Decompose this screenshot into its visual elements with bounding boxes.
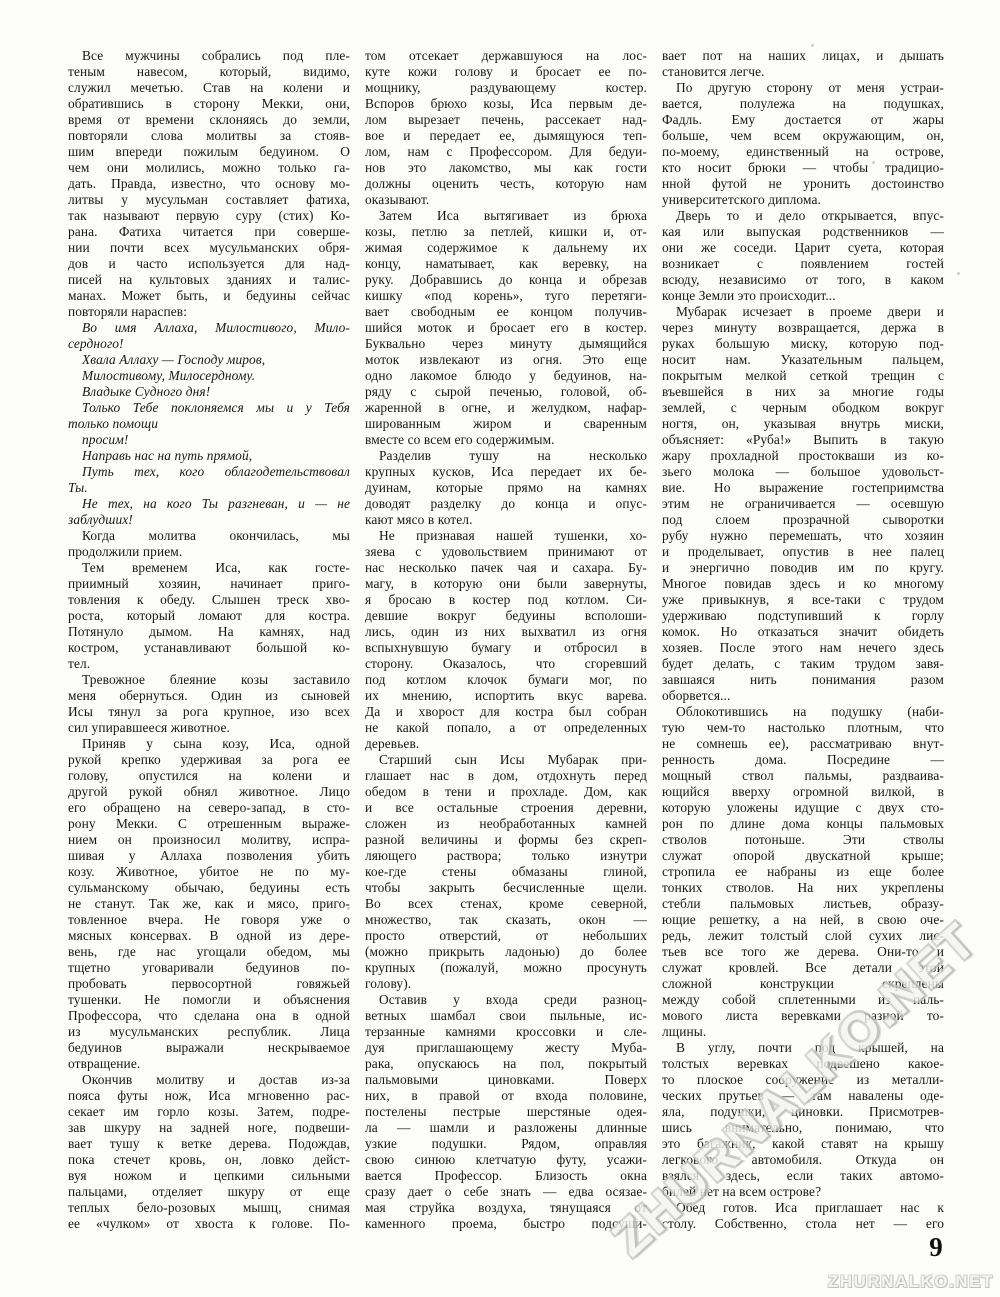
text-line: шивая у Аллаха позволения убить [68,848,350,864]
text-line: оказывают. [365,192,647,208]
text-line: вуя ножом и цепкими сильными [68,1168,350,1184]
text-line: это багажник, какой ставят на крышу [662,1136,944,1152]
text-column-3: вает пот на наших лицах, и дышатьстанови… [662,48,944,1232]
text-line: (можно прикрыть ладонью) до более [365,944,647,960]
scan-speck [347,907,350,910]
text-line: чем они молились, можно только га- [68,160,350,176]
text-line: пояса футы нож, Иса мгновенно рас- [68,1088,350,1104]
text-line: так называют первую суру (стих) Ко- [68,208,350,224]
text-line: мощнику, раздувающему костер. [365,80,647,96]
text-line: хозяев. После этого нам нечего здесь [662,640,944,656]
text-line: деревьев. [365,736,647,752]
text-line: голову, опустился на колени и [68,768,350,784]
text-line: Окончив молитву и достав из-за [68,1072,350,1088]
text-line: под котлом клочок бумаги мог, по [365,672,647,688]
text-line: козу. Животное, убитое не по му- [68,864,350,880]
text-line: удерживаю подступивший к горлу [662,608,944,624]
text-line: вает свободным ее концом получив- [365,304,647,320]
text-line: Обед готов. Иса приглашает нас к [662,1200,944,1216]
text-line: разной величины и формы без скреп- [365,832,647,848]
text-line: стебли пальмовых листьев, образу- [662,896,944,912]
text-line: Многое повидав здесь и ко многому [662,576,944,592]
text-line: заблудших! [68,512,350,528]
text-line: Буквально через минуту дымящийся [365,336,647,352]
text-line: пробовать первосортной говяжьей [68,976,350,992]
text-line: приимный хозяин, начинает приго- [68,576,350,592]
text-line: становится легче. [662,64,944,80]
text-line: университетского диплома. [662,192,944,208]
scan-speck [811,44,814,47]
text-line: не какой попало, а от определенных [365,720,647,736]
text-line: чтобы закрыть бесчисленные щели. [365,880,647,896]
text-line: руках большую миску, которую под- [662,336,944,352]
text-line: Исы тянул за рога крупное, изо всех [68,704,350,720]
paragraph: Разделив тушу на несколькокрупных кусков… [365,448,647,528]
text-line: ее «чулком» от хвоста к голове. По- [68,1216,350,1232]
text-line: тую чем-то настолько плотным, что [662,720,944,736]
text-line: отвращение. [68,1056,350,1072]
text-line: Дверь то и дело открывается, впус- [662,208,944,224]
text-line: множество, так сказать, окон — [365,912,647,928]
text-line: ряду с сырой печенью, головой, об- [365,384,647,400]
text-line: моток извлекают из огня. Это еще [365,352,647,368]
text-line: мая струйка воздуха, тянущаяся от [365,1200,647,1216]
text-line: Только Тебе поклоняемся мы и у Тебя [68,400,350,416]
text-line: куте кожи голову и бросает ее по- [365,64,647,80]
text-line: Оставив у входа среди разноц- [365,992,647,1008]
paragraph: Дверь то и дело открывается, впус-кая ил… [662,208,944,304]
text-line: уже привыкнув, я все-таки с трудом [662,592,944,608]
text-line: между собой сплетенными из паль- [662,992,944,1008]
text-line: меня обернуться. Один из сыновей [68,688,350,704]
text-line: нной футой не уронить достоинство [662,176,944,192]
text-line: и энергично поводив им по кругу. [662,560,944,576]
text-line: ветных шамбал свои пыльные, ис- [365,1008,647,1024]
article-columns: Все мужчины собрались под пле-теным наве… [68,48,945,1232]
text-line: служат опорой двускатной крыше; [662,848,944,864]
text-line: вие. Но выражение гостеприимства [662,480,944,496]
verse-paragraph: Путь тех, кого облагодетельствовалТы. [68,464,350,496]
text-line: другой рукой обнял животное. Лицо [68,784,350,800]
text-line: рака, опускаюсь на пол, покрытый [365,1056,647,1072]
text-line: роста, который ломают для костра. [68,608,350,624]
text-line: больше, чем всем окружающим, он, [662,128,944,144]
text-line: зав шкуру на задней ноге, подвеши- [68,1120,350,1136]
text-line: сложен из необработанных камней [365,816,647,832]
text-line: тонких стволов. На них укреплены [662,880,944,896]
text-line: Вспоров брюхо козы, Иса первым де- [365,96,647,112]
text-line: не сомнешь ее), рассматриваю внут- [662,736,944,752]
text-line: жару прохладной простокваши из ко- [662,448,944,464]
text-line: вает тушу к ветке дерева. Подождав, [68,1136,350,1152]
text-line: этим не ограничивается — осевшую [662,496,944,512]
text-line: концу, наматывает, как веревку, на [365,256,647,272]
text-line: не станут. Так же, как и мясо, приго- [68,896,350,912]
text-line: Старший сын Исы Мубарак при- [365,752,647,768]
text-line: сульманскому обычаю, бедуины есть [68,880,350,896]
paragraph: Приняв у сына козу, Иса, однойрукой креп… [68,736,350,1072]
text-line: Направь нас на путь прямой, [68,448,350,464]
text-line: одно лакомое блюдо у бедуинов, на- [365,368,647,384]
text-line: дуинам, которые прямо на камнях [365,480,647,496]
text-line: товленное вчера. Не говоря уже о [68,912,350,928]
text-line: его обращено на северо-запад, в сто- [68,800,350,816]
text-line: билей нет на всем острове? [662,1184,944,1200]
text-line: Во всех стенах, кроме северной, [365,896,647,912]
text-line: нас несколько пачек чая и сахара. Бу- [365,560,647,576]
scan-speck [905,492,908,495]
text-line: Потянуло дымом. На камнях, над [68,624,350,640]
verse-paragraph: просим! [68,432,350,448]
paragraph: Все мужчины собрались под пле-теным наве… [68,48,350,320]
text-line: тщетно уговаривали бедуинов по- [68,960,350,976]
text-line: просим! [68,432,350,448]
text-line: крупных кусков, Иса передает их бе- [365,464,647,480]
text-line: сторону. Оказалось, что сгоревший [365,656,647,672]
text-line: из мусульманских республик. Лица [68,1024,350,1040]
text-line: то плоское сооружение из металли- [662,1072,944,1088]
text-line: взялся здесь, если таких автомо- [662,1168,944,1184]
text-line: Хвала Аллаху — Господу миров, [68,352,350,368]
paragraph: Тем временем Иса, как госте-приимный хоз… [68,560,350,672]
text-line: редь, лежит толстый слой сухих лис- [662,928,944,944]
text-line: тел. [68,656,350,672]
text-line: въевшейся в них за многие годы [662,384,944,400]
text-line: комок. Но отказаться значит обидеть [662,624,944,640]
verse-paragraph: Направь нас на путь прямой, [68,448,350,464]
text-line: каменного проема, быстро подсуши- [365,1216,647,1232]
text-line: Затем Иса вытягивает из брюха [365,208,647,224]
verse-paragraph: Только Тебе поклоняемся мы и у Тебятольк… [68,400,350,432]
text-line: стволов потоньше. Эти стволы [662,832,944,848]
text-line: вается, полулежа на подушках, [662,96,944,112]
text-line: девшие вокруг бедуины всполоши- [365,608,647,624]
text-line: костром, устанавливают большой ко- [68,640,350,656]
text-line: рубу нужно перемешать, что хозяин [662,528,944,544]
text-line: тушенки. Не помогли и объяснения [68,992,350,1008]
paragraph: Оставив у входа среди разноц-ветных шамб… [365,992,647,1232]
text-line: сил упиравшееся животное. [68,720,350,736]
magazine-page: Все мужчины собрались под пле-теным наве… [0,0,1000,1297]
text-line: Путь тех, кого облагодетельствовал [68,464,350,480]
text-line: манах. Может быть, и бедуины сейчас [68,288,350,304]
text-line: будет делать, с таким трудом завя- [662,656,944,672]
text-line: ляющего раствора; только изнутри [365,848,647,864]
text-line: Владыке Судного дня! [68,384,350,400]
text-line: повторяли слова молитвы за стояв- [68,128,350,144]
text-line: жаренной в огне, и желудком, нафар- [365,400,647,416]
text-line: которую уложены идущие с двух сто- [662,800,944,816]
scan-speck [920,630,923,633]
text-line: ющие решетку, а на ней, в свою оче- [662,912,944,928]
text-line: и проделывает, опустив в нее палец [662,544,944,560]
text-line: объясняет: «Руба!» Выпить в такую [662,432,944,448]
text-line: шим впереди пожилым бедуином. О [68,144,350,160]
text-line: нов это лакомство, мы как гости [365,160,647,176]
paragraph: Старший сын Исы Мубарак при-глашает нас … [365,752,647,992]
text-line: сложной конструкции скреплены [662,976,944,992]
text-line: конце Земли это происходит... [662,288,944,304]
text-line: ренность дома. Посредине — [662,752,944,768]
text-line: лщины. [662,1024,944,1040]
text-line: рону Мекки. С отрешенным выраже- [68,816,350,832]
text-line: руку. Добравшись до конца и обрезав [365,272,647,288]
text-line: пальмовыми циновками. Поверх [365,1072,647,1088]
text-line: толстых веревках подвешено какое- [662,1056,944,1072]
text-line: рана. Фатиха читается при соверше- [68,224,350,240]
text-line: лись, один из них выхватил из огня [365,624,647,640]
paragraph: Мубарак исчезает в проеме двери ичерез м… [662,304,944,704]
text-line: доводят разделку до конца и опус- [365,496,647,512]
text-line: теплых бело-розовых мышц, снимая [68,1200,350,1216]
text-line: возникает с появлением гостей [662,256,944,272]
text-line: крупных (пожалуй, можно просунуть [365,960,647,976]
text-line: повторяли нараспев: [68,304,350,320]
text-line: Тем временем Иса, как госте- [68,560,350,576]
text-line: время от времени склоняясь до земли, [68,112,350,128]
text-line: их мнению, испортить вкус варева. [365,688,647,704]
text-line: яла, подушки, циновки. Присмотрев- [662,1104,944,1120]
paragraph: Окончив молитву и достав из-запояса футы… [68,1072,350,1232]
text-line: лом вырезает печень, рассекает над- [365,112,647,128]
text-line: вое и передает ее, дымящуюся теп- [365,128,647,144]
text-line: покрытым мелкой сеткой трещин с [662,368,944,384]
text-column-1: Все мужчины собрались под пле-теным наве… [68,48,350,1232]
text-line: Не признавая нашей тушенки, хо- [365,528,647,544]
text-line: шийся моток и бросает его в костер. [365,320,647,336]
verse-paragraph: Владыке Судного дня! [68,384,350,400]
verse-paragraph: Милостивому, Милосердному. [68,368,350,384]
text-line: мощный ствол пальмы, раздваива- [662,768,944,784]
text-line: зяева с удовольствием принимают от [365,544,647,560]
paragraph: Не признавая нашей тушенки, хо-зяева с у… [365,528,647,752]
text-line: ногтя, он, указывая внутрь миски, [662,416,944,432]
text-line: секает им горло козы. Затем, подре- [68,1104,350,1120]
text-line: землей, с черным ободком вокруг [662,400,944,416]
verse-paragraph: Хвала Аллаху — Господу миров, [68,352,350,368]
text-line: Когда молитва окончилась, мы [68,528,350,544]
text-line: дов и часто используется для над- [68,256,350,272]
text-line: Облокотившись на подушку (наби- [662,704,944,720]
text-line: них, в правой от входа половине, [365,1088,647,1104]
text-line: и все остальные строения деревни, [365,800,647,816]
text-line: Приняв у сына козу, Иса, одной [68,736,350,752]
text-line: Профессора, что сделана она в одной [68,1008,350,1024]
text-line: вместе со всем его содержимым. [365,432,647,448]
text-line: сердного! [68,336,350,352]
paragraph: Облокотившись на подушку (наби-тую чем-т… [662,704,944,1040]
text-line: По другую сторону от меня устраи- [662,80,944,96]
text-line: Мубарак исчезает в проеме двери и [662,304,944,320]
text-line: литвы у мусульман составляет фатиха, [68,192,350,208]
text-line: дать. Правда, известно, что основу мо- [68,176,350,192]
text-line: сразу дает о себе знать — едва осязае- [365,1184,647,1200]
paragraph: вает пот на наших лицах, и дышатьстанови… [662,48,944,80]
verse-paragraph: Во имя Аллаха, Милостивого, Мило-сердног… [68,320,350,352]
scan-speck [872,161,875,164]
text-line: оборвется... [662,688,944,704]
text-line: теным навесом, который, видимо, [68,64,350,80]
watermark-bottom: ZHURNALKO.NET [828,1272,994,1292]
text-line: должны оценить честь, которую нам [365,176,647,192]
text-line: всюду, независимо от того, в каком [662,272,944,288]
text-line: свою синюю клетчатую футу, усажи- [365,1152,647,1168]
text-line: вает пот на наших лицах, и дышать [662,48,944,64]
text-line: кая или выпуская родственников — [662,224,944,240]
text-line: рукой крепко удерживая за рога ее [68,752,350,768]
text-line: Не тех, на кого Ты разгневан, и — не [68,496,350,512]
text-line: зьего молока — большое удовольст- [662,464,944,480]
text-line: служил мечетью. Став на колени и [68,80,350,96]
text-line: завшаяся нить понимания разом [662,672,944,688]
text-line: просто отверстий, от небольших [365,928,647,944]
text-line: Да и хворост для костра был собран [365,704,647,720]
text-line: я бросаю в костер под котлом. Си- [365,592,647,608]
paragraph: Затем Иса вытягивает из брюхакозы, петлю… [365,208,647,448]
text-line: терзанные камнями кроссовки и сле- [365,1024,647,1040]
text-line: глашает нас в дом, отдохнуть перед [365,768,647,784]
text-line: мового листа веревками разной то- [662,1008,944,1024]
paragraph: Обед готов. Иса приглашает нас кстолу. С… [662,1200,944,1232]
text-line: козы, петлю за петлей, кишки и, от- [365,224,647,240]
text-line: Фадль. Ему достается от жары [662,112,944,128]
text-line: рон по длине дома концы пальмовых [662,816,944,832]
text-line: ческих прутьев — там навалены оде- [662,1088,944,1104]
text-line: кое-где стены обмазаны глиной, [365,864,647,880]
text-line: Ты. [68,480,350,496]
text-line: кишку «под корень», туго перетяги- [365,288,647,304]
text-line: Во имя Аллаха, Милостивого, Мило- [68,320,350,336]
text-line: ла — шамли и разложены длинные [365,1120,647,1136]
text-line: служат кровлей. Все детали этой [662,960,944,976]
verse-paragraph: Не тех, на кого Ты разгневан, и — незабл… [68,496,350,528]
text-line: тьев все того же дерева. Они-то и [662,944,944,960]
text-line: нии почти всех мусульманских обря- [68,240,350,256]
text-line: они же соседи. Царит суета, которая [662,240,944,256]
paragraph: Тревожное блеяние козы заставиломеня обе… [68,672,350,736]
text-line: дуя приглашающему жесту Муба- [365,1040,647,1056]
text-line: товления к обеду. Слышен треск хво- [68,592,350,608]
text-line: вспыхнувшую бумагу и отбросил в [365,640,647,656]
text-line: пока стечет кровь, он, ловко дейст- [68,1152,350,1168]
paragraph: том отсекает державшуюся на лос-куте кож… [365,48,647,208]
paragraph: По другую сторону от меня устраи-вается,… [662,80,944,208]
text-line: бедуинов выражали нескрываемое [68,1040,350,1056]
text-line: голову). [365,976,647,992]
text-line: том отсекает державшуюся на лос- [365,48,647,64]
text-line: Разделив тушу на несколько [365,448,647,464]
paragraph: В углу, почти под крышей, натолстых вере… [662,1040,944,1200]
paragraph: Когда молитва окончилась, мыпродолжили п… [68,528,350,560]
text-line: кто носит брюки — чтобы традицио- [662,160,944,176]
text-line: носит нам. Указательным пальцем, [662,352,944,368]
text-line: шись внимательно, понимаю, что [662,1120,944,1136]
text-line: столу. Собственно, стола нет — его [662,1216,944,1232]
text-line: пальцами, отделяет шкуру от еще [68,1184,350,1200]
text-line: обратившись в сторону Мекки, они, [68,96,350,112]
text-line: продолжили прием. [68,544,350,560]
text-line: Милостивому, Милосердному. [68,368,350,384]
text-line: Тревожное блеяние козы заставило [68,672,350,688]
text-line: мясных консервах. В одной из дере- [68,928,350,944]
text-line: лом, нам с Профессором. Для бедуи- [365,144,647,160]
text-line: вень, где нас угощали обедом, мы [68,944,350,960]
text-line: нием он произносил молитву, испра- [68,832,350,848]
text-line: кают мясо в котел. [365,512,647,528]
text-line: ющийся вверху огромной вилкой, в [662,784,944,800]
text-line: постелены пестрые шерстяные одея- [365,1104,647,1120]
text-line: через минуту возвращается, держа в [662,320,944,336]
text-line: жимая содержимое к дальнему их [365,240,647,256]
text-line: только помощи [68,416,350,432]
text-line: обедом в тени и прохладе. Дом, как [365,784,647,800]
text-line: по-моему, единственный на острове, [662,144,944,160]
text-line: В углу, почти под крышей, на [662,1040,944,1056]
text-line: магу, в которую они были завернуты, [365,576,647,592]
text-line: писей на культовых зданиях и талис- [68,272,350,288]
scan-speck [957,272,960,275]
text-line: шированным жиром и сваренным [365,416,647,432]
page-number: 9 [916,1232,956,1263]
text-line: вается Профессор. Близость окна [365,1168,647,1184]
text-column-2: том отсекает державшуюся на лос-куте кож… [365,48,647,1232]
text-line: стропила ее набраны из еще более [662,864,944,880]
text-line: узкие подушки. Рядом, оправляя [365,1136,647,1152]
text-line: легкового автомобиля. Откуда он [662,1152,944,1168]
text-line: под слоем прозрачной сыворотки [662,512,944,528]
text-line: Все мужчины собрались под пле- [68,48,350,64]
